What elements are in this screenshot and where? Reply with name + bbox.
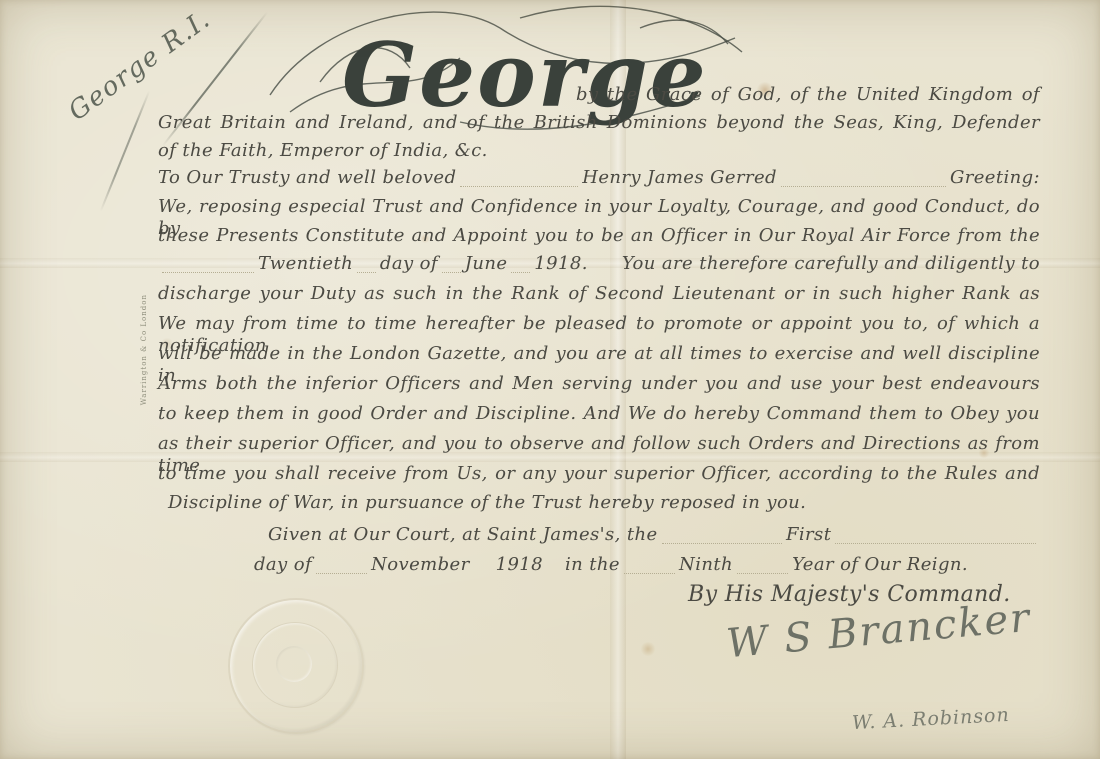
greeting-text: Greeting: <box>950 167 1040 189</box>
dotted-rule <box>835 539 1036 544</box>
day-of-label: day of <box>380 253 438 275</box>
preamble-line-3: of the Faith, Emperor of India, &c. <box>158 140 1040 162</box>
commission-month-field: June <box>465 253 508 275</box>
body-line-3: You are therefore carefully and diligent… <box>622 253 1040 275</box>
spacer <box>592 269 618 273</box>
dotted-rule <box>781 182 946 187</box>
pencil-annotation: W. A. Robinson <box>852 704 1011 734</box>
commission-year-field: 1918. <box>534 253 588 275</box>
certificate-document: George R.I. George by the Grace of God, … <box>0 0 1100 759</box>
dotted-rule <box>511 268 530 273</box>
given-day-field: First <box>786 524 831 546</box>
reign-year-field: Ninth <box>679 554 733 576</box>
dotted-rule <box>737 569 788 574</box>
body-line-2: these Presents Constitute and Appoint yo… <box>158 225 1040 247</box>
preamble-line-2: Great Britain and Ireland, and of the Br… <box>158 112 1040 134</box>
dotted-rule <box>316 569 367 574</box>
body-line-4: discharge your Duty as such in the Rank … <box>158 283 1040 305</box>
given-at-line: Given at Our Court, at Saint James's, th… <box>268 524 1040 546</box>
dotted-rule <box>460 182 578 187</box>
reign-date-line: day of November 1918 in the Ninth Year o… <box>254 554 968 576</box>
commission-date-line: Twentieth day of June 1918. You are ther… <box>158 253 1040 275</box>
in-the-label: in the <box>565 554 620 576</box>
commission-day-field: Twentieth <box>258 253 353 275</box>
body-line-10: to time you shall receive from Us, or an… <box>158 463 1040 485</box>
foxing-stain <box>640 642 656 656</box>
preamble-line-1: by the Grace of God, of the United Kingd… <box>576 84 1040 106</box>
given-month-field: November <box>371 554 469 576</box>
dotted-rule <box>662 539 782 544</box>
dotted-rule <box>442 268 461 273</box>
embossed-seal-core <box>276 646 312 682</box>
royal-sign-manual: George R.I. <box>63 0 251 127</box>
address-to-text: To Our Trusty and well beloved <box>158 167 456 189</box>
body-line-11: Discipline of War, in pursuance of the T… <box>168 492 1040 514</box>
sign-manual-flourish <box>100 90 151 211</box>
given-at-text: Given at Our Court, at Saint James's, th… <box>268 524 658 546</box>
spacer <box>474 570 492 574</box>
body-line-8: to keep them in good Order and Disciplin… <box>158 403 1040 425</box>
dotted-rule <box>357 268 376 273</box>
spacer <box>547 570 561 574</box>
day-of-label: day of <box>254 554 312 576</box>
recipient-name: Henry James Gerred <box>582 167 777 189</box>
body-line-7: Arms both the inferior Officers and Men … <box>158 373 1040 395</box>
dotted-rule <box>162 268 254 273</box>
address-line: To Our Trusty and well beloved Henry Jam… <box>158 167 1040 189</box>
embossed-seal <box>228 598 364 734</box>
given-year-field: 1918 <box>496 554 543 576</box>
dotted-rule <box>624 569 675 574</box>
reign-text: Year of Our Reign. <box>792 554 968 576</box>
printer-imprint: Warrington & Co London <box>140 294 148 405</box>
